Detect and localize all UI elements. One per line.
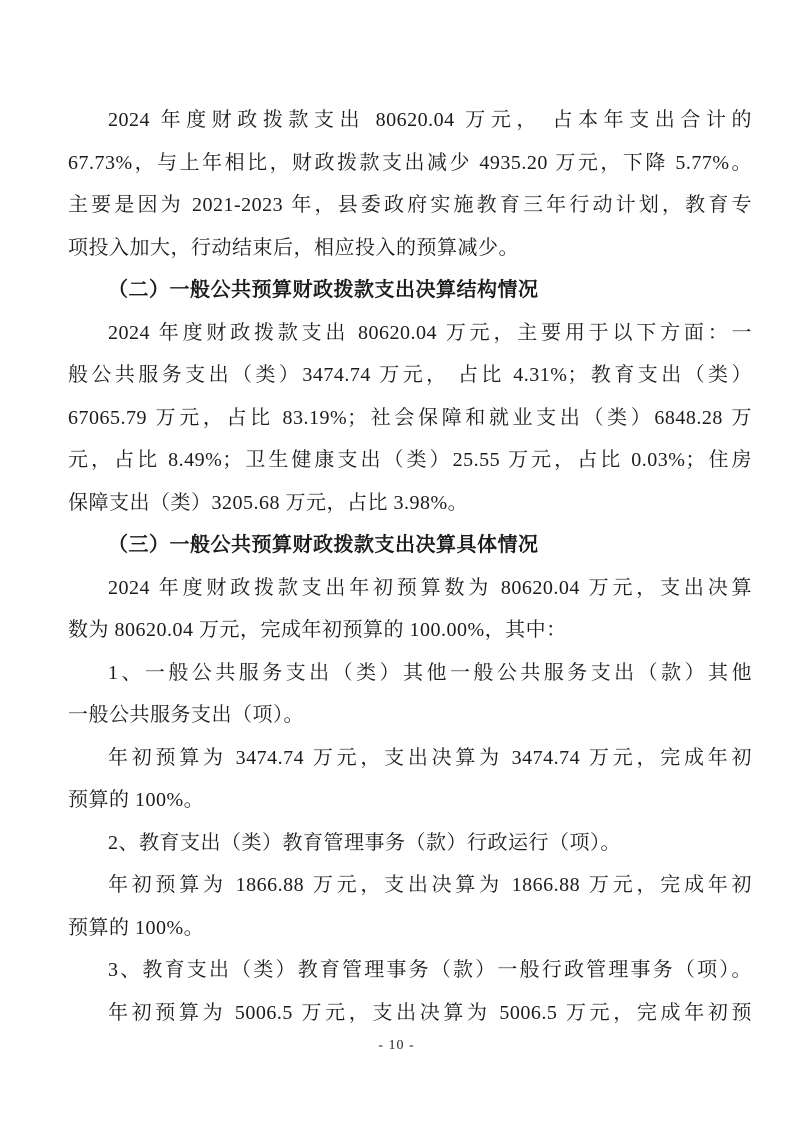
- paragraph-line: 年初预算为 3474.74 万元，支出决算为 3474.74 万元，完成年初: [68, 737, 752, 780]
- section-heading: （二）一般公共预算财政拨款支出决算结构情况: [68, 269, 752, 312]
- paragraph-line: 般公共服务支出（类）3474.74 万元， 占比 4.31%；教育支出（类）: [68, 354, 752, 397]
- paragraph-line: 2024 年度财政拨款支出年初预算数为 80620.04 万元，支出决算: [68, 567, 752, 610]
- paragraph-line: 2、教育支出（类）教育管理事务（款）行政运行（项）。: [68, 822, 752, 865]
- paragraph-line: 2024 年度财政拨款支出 80620.04 万元，主要用于以下方面：一: [68, 312, 752, 355]
- paragraph-line: 67065.79 万元，占比 83.19%；社会保障和就业支出（类）6848.2…: [68, 397, 752, 440]
- paragraph-line: 项投入加大，行动结束后，相应投入的预算减少。: [68, 227, 752, 270]
- paragraph-line: 67.73%，与上年相比，财政拨款支出减少 4935.20 万元，下降 5.77…: [68, 142, 752, 185]
- paragraph-line: 预算的 100%。: [68, 779, 752, 822]
- page-number: - 10 -: [0, 1036, 793, 1056]
- paragraph-line: 1、一般公共服务支出（类）其他一般公共服务支出（款）其他: [68, 652, 752, 695]
- paragraph-line: 一般公共服务支出（项）。: [68, 694, 752, 737]
- paragraph-line: 预算的 100%。: [68, 907, 752, 950]
- paragraph-line: 保障支出（类）3205.68 万元，占比 3.98%。: [68, 482, 752, 525]
- paragraph-line: 数为 80620.04 万元，完成年初预算的 100.00%，其中：: [68, 609, 752, 652]
- paragraph-line: 年初预算为 5006.5 万元，支出决算为 5006.5 万元，完成年初预: [68, 992, 752, 1035]
- document-body: 2024 年度财政拨款支出 80620.04 万元， 占本年支出合计的 67.7…: [0, 0, 793, 1034]
- document-page: 2024 年度财政拨款支出 80620.04 万元， 占本年支出合计的 67.7…: [0, 0, 793, 1122]
- paragraph-line: 3、教育支出（类）教育管理事务（款）一般行政管理事务（项）。: [68, 949, 752, 992]
- section-heading: （三）一般公共预算财政拨款支出决算具体情况: [68, 524, 752, 567]
- paragraph-line: 元，占比 8.49%；卫生健康支出（类）25.55 万元，占比 0.03%；住房: [68, 439, 752, 482]
- paragraph-line: 年初预算为 1866.88 万元，支出决算为 1866.88 万元，完成年初: [68, 864, 752, 907]
- paragraph-line: 主要是因为 2021-2023 年，县委政府实施教育三年行动计划，教育专: [68, 184, 752, 227]
- paragraph-line: 2024 年度财政拨款支出 80620.04 万元， 占本年支出合计的: [68, 99, 752, 142]
